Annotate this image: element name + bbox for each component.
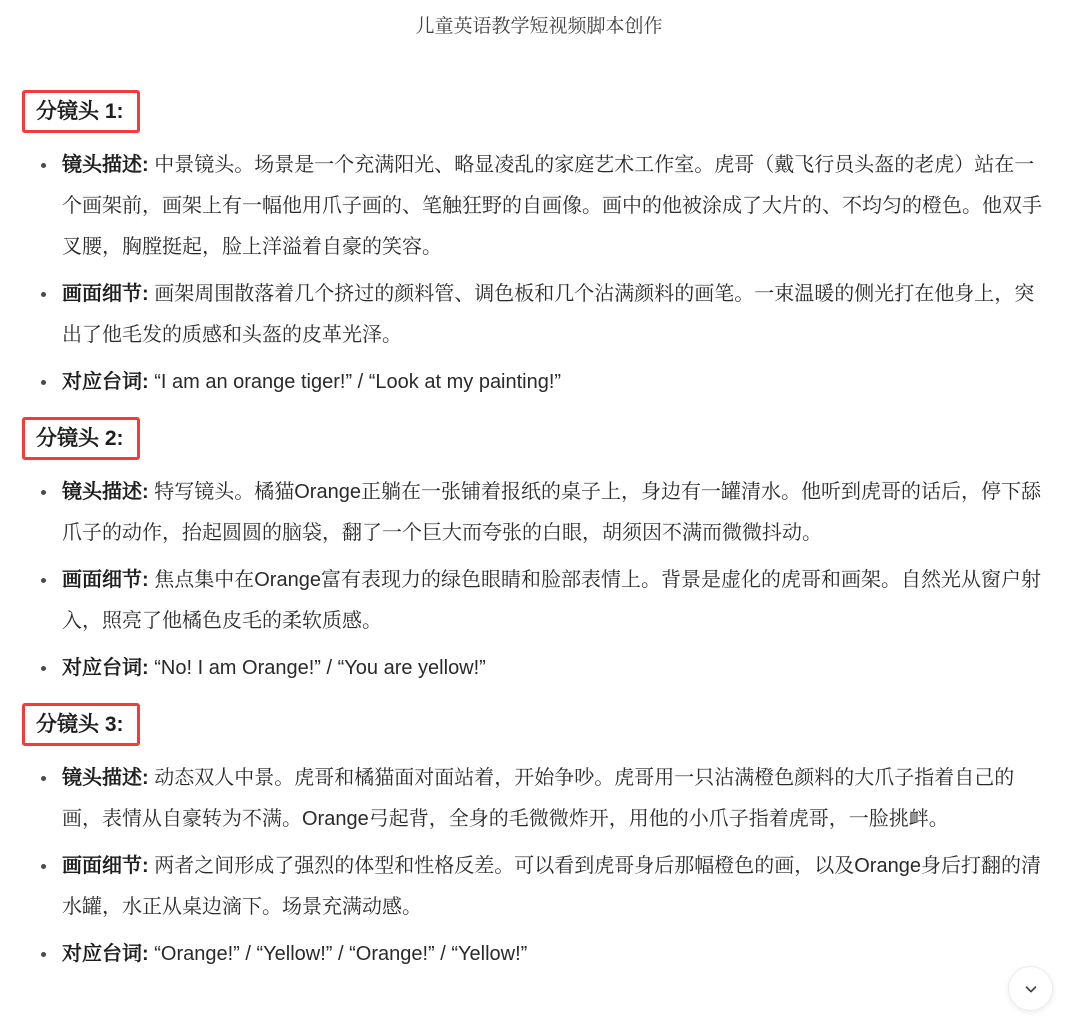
section-1-list: 镜头描述: 中景镜头。场景是一个充满阳光、略显凌乱的家庭艺术工作室。虎哥（戴飞行…: [22, 145, 1056, 403]
bullet-label: 对应台词:: [62, 657, 149, 679]
document: 儿童英语教学短视频脚本创作 分镜头 1: 镜头描述: 中景镜头。场景是一个充满阳…: [0, 0, 1080, 1026]
list-item: 画面细节: 焦点集中在Orange富有表现力的绿色眼睛和脸部表情上。背景是虚化的…: [40, 560, 1042, 642]
storyboard-section-2: 分镜头 2: 镜头描述: 特写镜头。橘猫Orange正躺在一张铺着报纸的桌子上，…: [22, 417, 1056, 689]
section-1-heading: 分镜头 1:: [36, 99, 124, 124]
bullet-label: 镜头描述:: [62, 154, 149, 176]
scroll-to-bottom-button[interactable]: [1008, 966, 1053, 1011]
list-item: 对应台词: “I am an orange tiger!” / “Look at…: [40, 362, 1042, 403]
list-item: 镜头描述: 中景镜头。场景是一个充满阳光、略显凌乱的家庭艺术工作室。虎哥（戴飞行…: [40, 145, 1042, 268]
bullet-label: 镜头描述:: [62, 767, 149, 789]
bullet-text: 画架周围散落着几个挤过的颜料管、调色板和几个沾满颜料的画笔。一束温暖的侧光打在他…: [62, 283, 1034, 346]
bullet-text: “Orange!” / “Yellow!” / “Orange!” / “Yel…: [154, 943, 527, 965]
section-3-list: 镜头描述: 动态双人中景。虎哥和橘猫面对面站着，开始争吵。虎哥用一只沾满橙色颜料…: [22, 758, 1056, 975]
page-title: 儿童英语教学短视频脚本创作: [22, 14, 1056, 40]
bullet-text: 特写镜头。橘猫Orange正躺在一张铺着报纸的桌子上，身边有一罐清水。他听到虎哥…: [62, 481, 1041, 544]
bullet-text: 动态双人中景。虎哥和橘猫面对面站着，开始争吵。虎哥用一只沾满橙色颜料的大爪子指着…: [62, 767, 1014, 830]
section-3-heading: 分镜头 3:: [36, 712, 124, 737]
bullet-label: 画面细节:: [62, 569, 149, 591]
bullet-text: 中景镜头。场景是一个充满阳光、略显凌乱的家庭艺术工作室。虎哥（戴飞行员头盔的老虎…: [62, 154, 1042, 258]
bullet-text: 焦点集中在Orange富有表现力的绿色眼睛和脸部表情上。背景是虚化的虎哥和画架。…: [62, 569, 1041, 632]
bullet-label: 画面细节:: [62, 283, 149, 305]
chevron-down-icon: [1022, 980, 1040, 998]
bullet-label: 对应台词:: [62, 371, 149, 393]
bullet-text: 两者之间形成了强烈的体型和性格反差。可以看到虎哥身后那幅橙色的画，以及Orang…: [62, 855, 1041, 918]
list-item: 对应台词: “Orange!” / “Yellow!” / “Orange!” …: [40, 934, 1042, 975]
section-1-heading-highlight: 分镜头 1:: [22, 90, 140, 133]
list-item: 镜头描述: 动态双人中景。虎哥和橘猫面对面站着，开始争吵。虎哥用一只沾满橙色颜料…: [40, 758, 1042, 840]
section-2-heading-highlight: 分镜头 2:: [22, 417, 140, 460]
bullet-text: “No! I am Orange!” / “You are yellow!”: [154, 657, 486, 679]
bullet-label: 对应台词:: [62, 943, 149, 965]
list-item: 对应台词: “No! I am Orange!” / “You are yell…: [40, 648, 1042, 689]
storyboard-section-3: 分镜头 3: 镜头描述: 动态双人中景。虎哥和橘猫面对面站着，开始争吵。虎哥用一…: [22, 703, 1056, 975]
section-3-heading-highlight: 分镜头 3:: [22, 703, 140, 746]
bullet-label: 镜头描述:: [62, 481, 149, 503]
bullet-text: “I am an orange tiger!” / “Look at my pa…: [154, 371, 561, 393]
section-2-heading: 分镜头 2:: [36, 426, 124, 451]
section-2-list: 镜头描述: 特写镜头。橘猫Orange正躺在一张铺着报纸的桌子上，身边有一罐清水…: [22, 472, 1056, 689]
list-item: 镜头描述: 特写镜头。橘猫Orange正躺在一张铺着报纸的桌子上，身边有一罐清水…: [40, 472, 1042, 554]
bullet-label: 画面细节:: [62, 855, 149, 877]
storyboard-section-1: 分镜头 1: 镜头描述: 中景镜头。场景是一个充满阳光、略显凌乱的家庭艺术工作室…: [22, 90, 1056, 403]
list-item: 画面细节: 两者之间形成了强烈的体型和性格反差。可以看到虎哥身后那幅橙色的画，以…: [40, 846, 1042, 928]
list-item: 画面细节: 画架周围散落着几个挤过的颜料管、调色板和几个沾满颜料的画笔。一束温暖…: [40, 274, 1042, 356]
